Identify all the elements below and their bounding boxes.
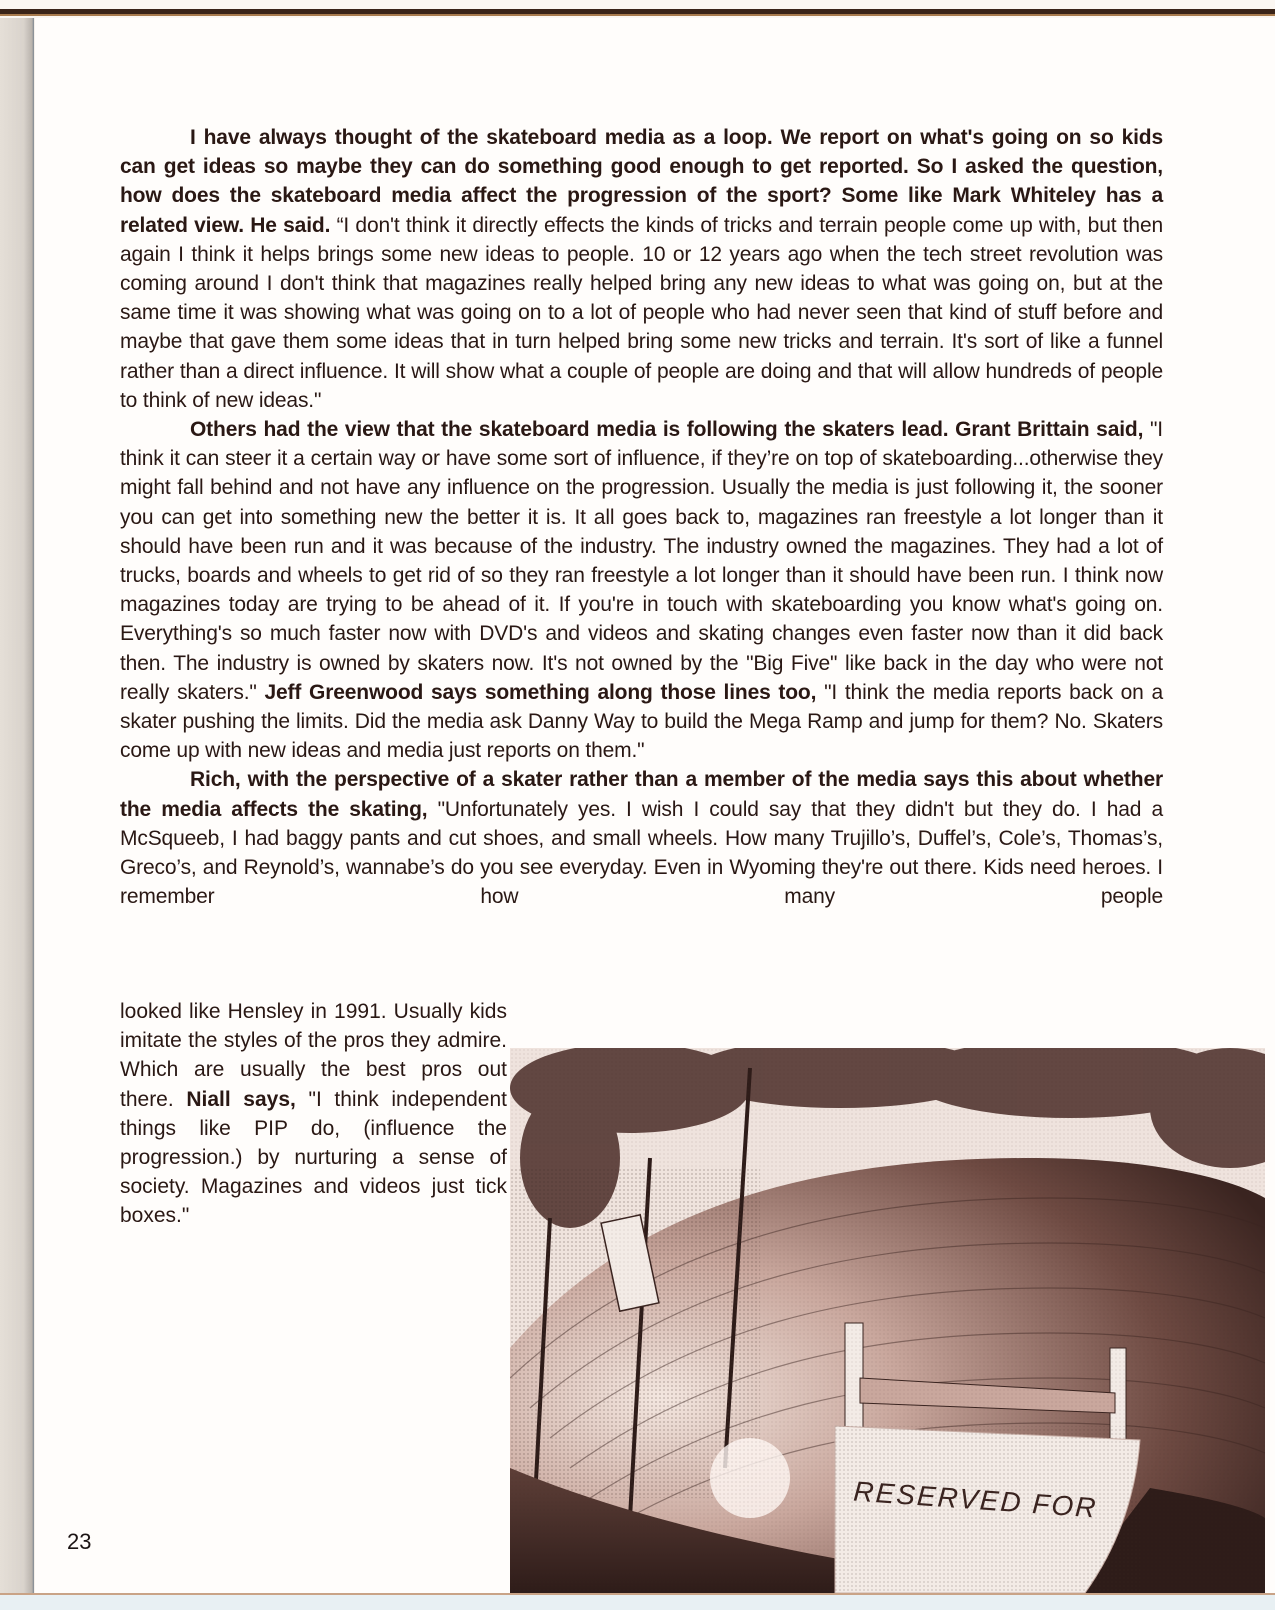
quote-mark-whiteley: “I don't think it directly effects the k…: [120, 214, 1163, 412]
lead-in-niall: Niall says,: [186, 1088, 308, 1111]
scan-top-edge: [0, 0, 1275, 18]
paragraph-niall: looked like Hensley in 1991. Usually kid…: [120, 997, 507, 1231]
page-number: 23: [67, 1529, 91, 1555]
skate-spot-photo: RESERVED FOR: [510, 1048, 1265, 1593]
text-wrap-column: looked like Hensley in 1991. Usually kid…: [120, 997, 507, 1231]
scan-bottom-edge: [0, 1593, 1275, 1610]
lead-in-jeff-greenwood: Jeff Greenwood says something along thos…: [264, 681, 824, 704]
quote-grant-brittain: "I think it can steer it a certain way o…: [120, 418, 1163, 704]
paragraph-rich-perspective: Rich, with the perspective of a skater r…: [120, 765, 1163, 911]
paragraph-following-skaters: Others had the view that the skateboard …: [120, 415, 1163, 765]
scan-binding-spine: [0, 18, 34, 1593]
lead-in-grant-brittain: Others had the view that the skateboard …: [190, 418, 1150, 441]
photo-illustration: RESERVED FOR: [510, 1048, 1265, 1593]
article-body: I have always thought of the skateboard …: [120, 123, 1163, 911]
paragraph-media-loop: I have always thought of the skateboard …: [120, 123, 1163, 415]
